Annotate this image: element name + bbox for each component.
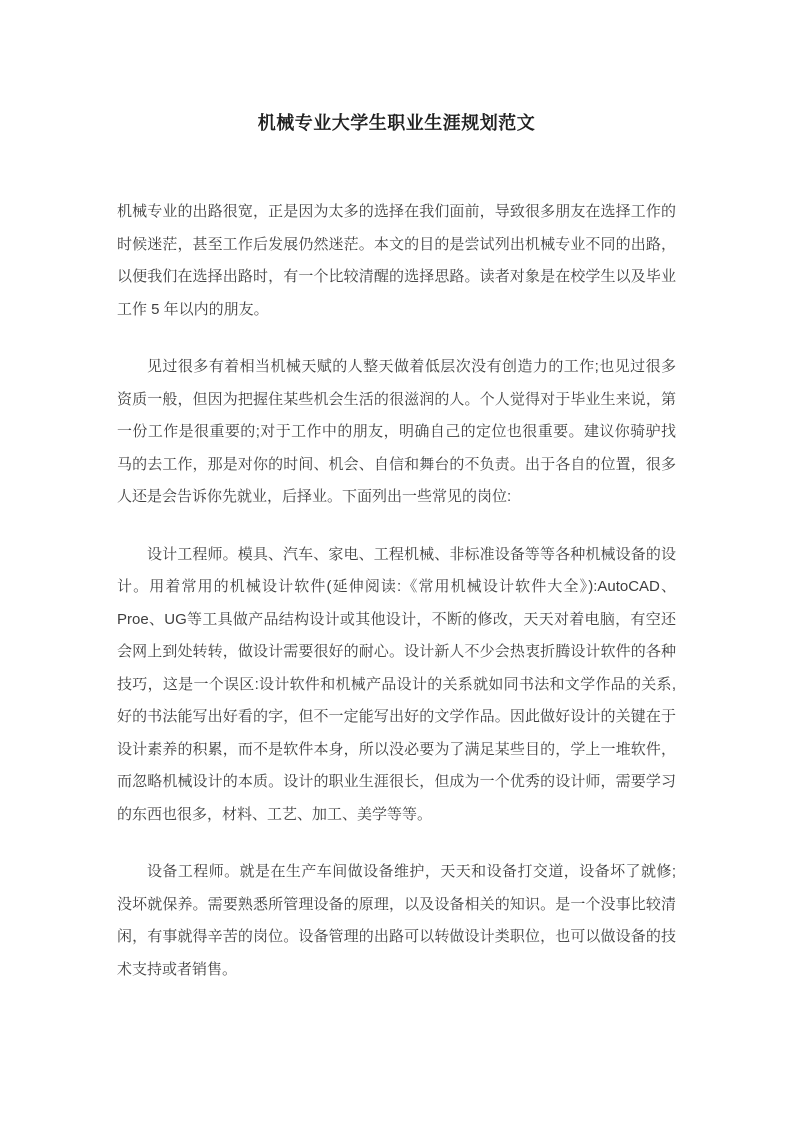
paragraph-intro: 机械专业的出路很宽，正是因为太多的选择在我们面前，导致很多朋友在选择工作的时候迷… [117, 196, 676, 326]
paragraph-advice: 见过很多有着相当机械天赋的人整天做着低层次没有创造力的工作;也见过很多资质一般，… [117, 351, 676, 514]
paragraph-equipment-engineer: 设备工程师。就是在生产车间做设备维护，天天和设备打交道，设备坏了就修;没坏就保养… [117, 856, 676, 986]
document-title: 机械专业大学生职业生涯规划范文 [0, 110, 793, 136]
paragraph-design-engineer: 设计工程师。模具、汽车、家电、工程机械、非标准设备等等各种机械设备的设计。用着常… [117, 539, 676, 832]
document-body: 机械专业的出路很宽，正是因为太多的选择在我们面前，导致很多朋友在选择工作的时候迷… [117, 196, 676, 986]
document-page: 机械专业大学生职业生涯规划范文 机械专业的出路很宽，正是因为太多的选择在我们面前… [0, 0, 793, 1122]
